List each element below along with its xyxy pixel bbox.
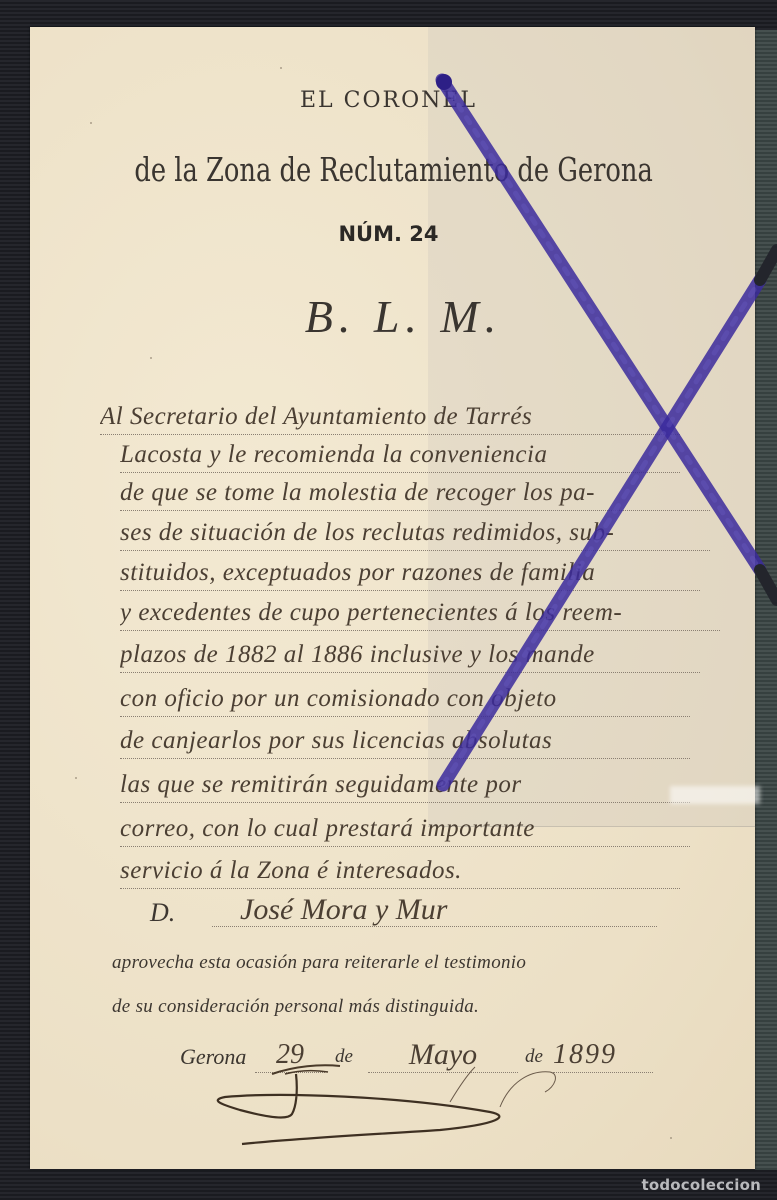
signature-flourish [200,1052,560,1152]
tape-glare [670,786,760,804]
handwritten-line: con oficio por un comisionado con objeto [120,680,690,717]
date-year: 1899 [553,1038,653,1073]
sender-name: José Mora y Mur [212,893,657,927]
header-title: EL CORONEL [0,88,777,113]
handwritten-line: plazos de 1882 al 1886 inclusive y los m… [120,636,700,673]
watermark: todocoleccion [641,1176,761,1194]
handwritten-line: Al Secretario del Ayuntamiento de Tarrés [100,398,680,435]
handwritten-line: servicio á la Zona é interesados. [120,852,680,889]
paper-speck [90,122,92,124]
paper-speck [670,1137,672,1139]
handwritten-line: de canjearlos por sus licencias absoluta… [120,722,690,759]
paper-speck [75,777,77,779]
salutation: D. [150,898,175,928]
handwritten-line: stituidos, exceptuados por razones de fa… [120,554,700,591]
handwritten-line: Lacosta y le recomienda la conveniencia [120,436,680,473]
blm-abbreviation: B. L. M. [0,290,777,343]
closing-line-2: de su consideración personal más disting… [112,996,479,1018]
document-number: NÚM. 24 [0,222,777,246]
handwritten-line: correo, con lo cual prestará importante [120,810,690,847]
paper-speck [150,357,152,359]
handwritten-line: de que se tome la molestia de recoger lo… [120,474,710,511]
closing-line-1: aprovecha esta ocasión para reiterarle e… [112,952,526,974]
handwritten-line: ses de situación de los reclutas redimid… [120,514,710,551]
scan-background-right [755,30,777,1170]
handwritten-line: y excedentes de cupo pertenecientes á lo… [120,594,720,631]
handwritten-line: las que se remitirán seguidamente por [120,766,690,803]
paper-speck [280,67,282,69]
header-subtitle: de la Zona de Reclutamiento de Gerona [91,150,697,189]
